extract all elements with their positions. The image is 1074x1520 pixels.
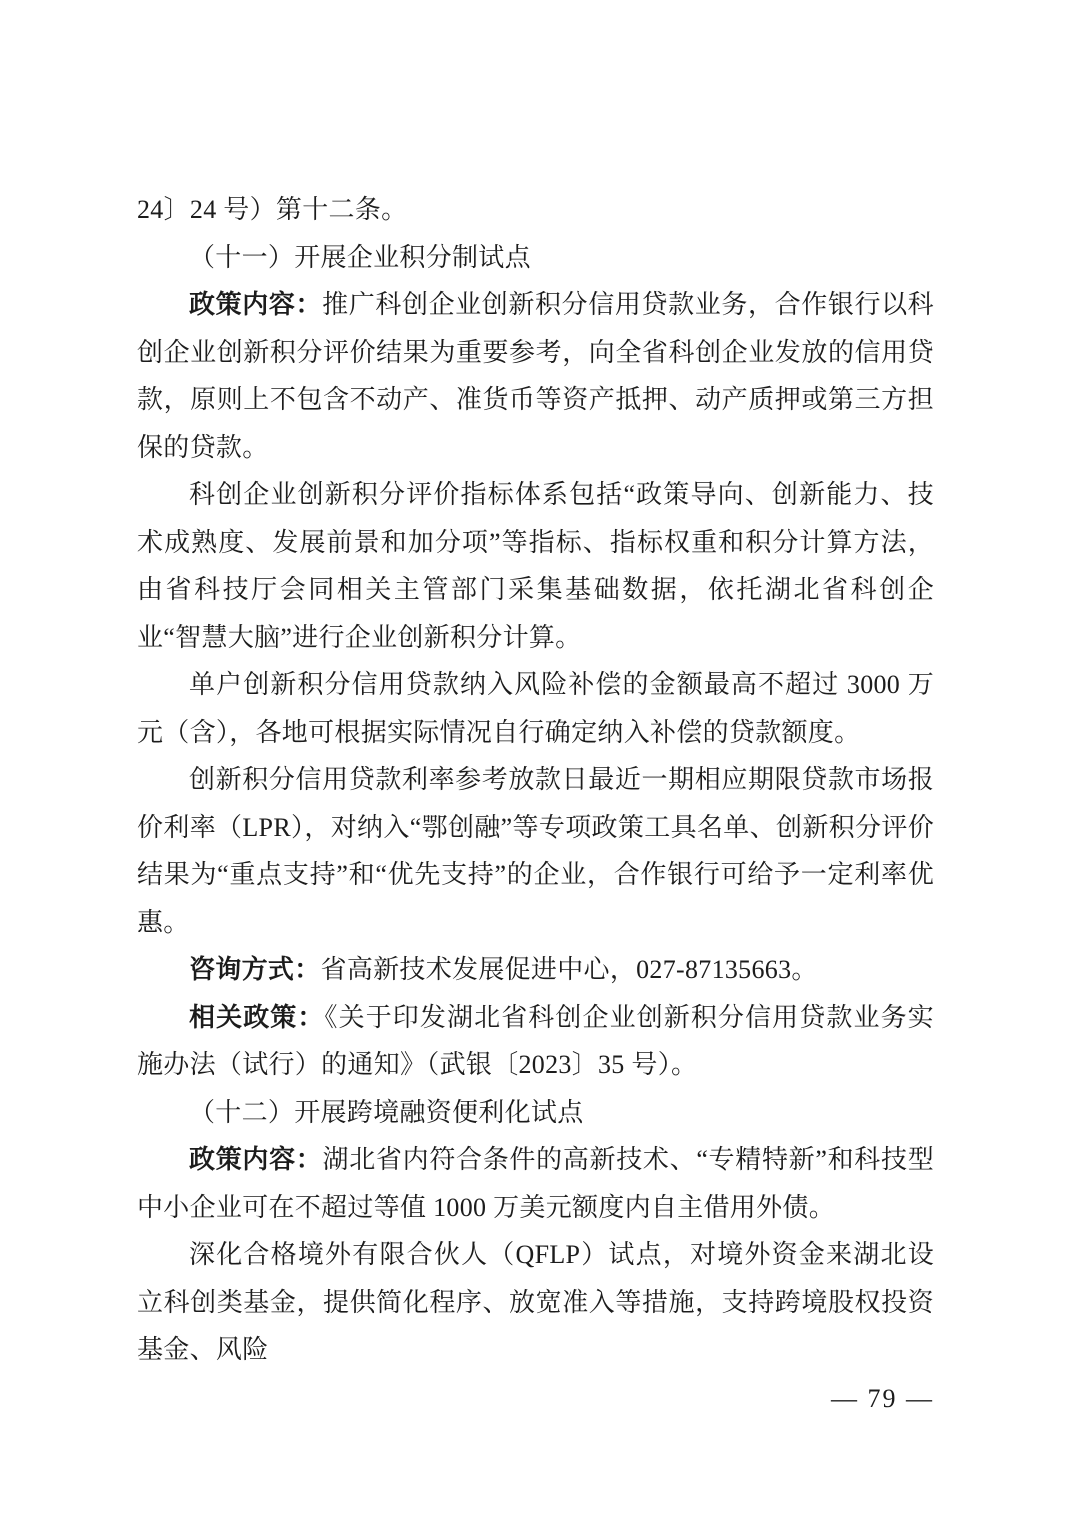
paragraph-label: 咨询方式： <box>189 955 321 984</box>
paragraph-policy-content: 政策内容：推广科创企业创新积分信用贷款业务，合作银行以科创企业创新积分评价结果为… <box>137 281 934 471</box>
paragraph-text: 创新积分信用贷款利率参考放款日最近一期相应期限贷款市场报价利率（LPR），对纳入… <box>137 765 934 937</box>
paragraph-text: 深化合格境外有限合伙人（QFLP）试点，对境外资金来湖北设立科创类基金，提供简化… <box>137 1240 934 1364</box>
heading-text: （十二）开展跨境融资便利化试点 <box>189 1098 584 1127</box>
paragraph-text: 省高新技术发展促进中心，027-87135663。 <box>321 955 818 984</box>
paragraph-label: 政策内容： <box>189 1145 323 1174</box>
paragraph-interest-rate: 创新积分信用贷款利率参考放款日最近一期相应期限贷款市场报价利率（LPR），对纳入… <box>137 756 934 946</box>
section-heading-12: （十二）开展跨境融资便利化试点 <box>137 1089 934 1137</box>
document-page: 24〕24 号）第十二条。 （十一）开展企业积分制试点 政策内容：推广科创企业创… <box>0 0 1074 1520</box>
paragraph-text: 单户创新积分信用贷款纳入风险补偿的金额最高不超过 3000 万元（含），各地可根… <box>137 670 934 747</box>
paragraph-text: 科创企业创新积分评价指标体系包括“政策导向、创新能力、技术成熟度、发展前景和加分… <box>137 480 934 652</box>
page-number: — 79 — <box>831 1383 934 1415</box>
paragraph-contact: 咨询方式：省高新技术发展促进中心，027-87135663。 <box>137 946 934 994</box>
paragraph-label: 相关政策： <box>189 1003 325 1032</box>
document-content: 24〕24 号）第十二条。 （十一）开展企业积分制试点 政策内容：推广科创企业创… <box>137 186 934 1374</box>
paragraph-text: 24〕24 号）第十二条。 <box>137 195 407 224</box>
paragraph-continuation: 24〕24 号）第十二条。 <box>137 186 934 234</box>
paragraph-qflp: 深化合格境外有限合伙人（QFLP）试点，对境外资金来湖北设立科创类基金，提供简化… <box>137 1231 934 1374</box>
paragraph-indicator-system: 科创企业创新积分评价指标体系包括“政策导向、创新能力、技术成熟度、发展前景和加分… <box>137 471 934 661</box>
heading-text: （十一）开展企业积分制试点 <box>189 243 531 272</box>
paragraph-related-policy: 相关政策：《关于印发湖北省科创企业创新积分信用贷款业务实施办法（试行）的通知》（… <box>137 994 934 1089</box>
section-heading-11: （十一）开展企业积分制试点 <box>137 234 934 282</box>
paragraph-loan-limit: 单户创新积分信用贷款纳入风险补偿的金额最高不超过 3000 万元（含），各地可根… <box>137 661 934 756</box>
paragraph-policy-content-2: 政策内容：湖北省内符合条件的高新技术、“专精特新”和科技型中小企业可在不超过等值… <box>137 1136 934 1231</box>
paragraph-label: 政策内容： <box>189 290 322 319</box>
